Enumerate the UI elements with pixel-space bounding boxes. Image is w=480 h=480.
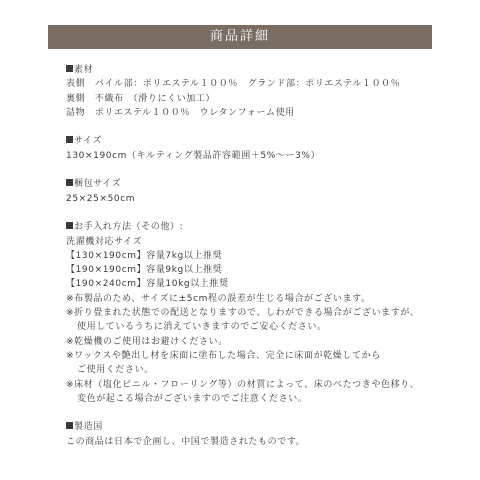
product-details: 素材 表側 パイル部：ポリエステル１００％ グランド部：ポリエステル１００％ 裏… [66, 63, 446, 449]
material-line: 裏側 不織布 （滑りにくい加工） [66, 92, 446, 106]
material-line: 詰物 ポリエステル１００％ ウレタンフォーム使用 [66, 106, 446, 120]
package-size-line: 25×25×50cm [66, 192, 446, 206]
size-heading: サイズ [66, 134, 446, 148]
material-heading: 素材 [66, 63, 446, 77]
care-line: 【190×190cm】容量9kg以上推奨 [66, 263, 446, 277]
care-line: 【130×190cm】容量7kg以上推奨 [66, 249, 446, 263]
section-header: 商品詳細 [48, 25, 432, 49]
package-size-heading: 梱包サイズ [66, 177, 446, 191]
square-bullet-icon [66, 222, 73, 229]
origin-line: この商品は日本で企画し、中国で製造されたものです。 [66, 435, 446, 449]
care-heading: お手入れ方法（その他）: [66, 220, 446, 234]
square-bullet-icon [66, 136, 73, 143]
care-line: 洗濯機対応サイズ [66, 235, 446, 249]
material-line: 表側 パイル部：ポリエステル１００％ グランド部：ポリエステル１００％ [66, 77, 446, 91]
square-bullet-icon [66, 422, 73, 429]
size-line: 130×190cm（キルティング製品許容範囲＋5%〜ー3%） [66, 149, 446, 163]
header-title: 商品詳細 [210, 29, 270, 44]
square-bullet-icon [66, 179, 73, 186]
care-line: 使用しているうちに消えていきますのでご安心ください。 [66, 320, 446, 334]
care-line: 【190×240cm】容量10kg以上推奨 [66, 277, 446, 291]
care-line: ※折り畳まれた状態での配送となりますので、しわができる場合がございますが、 [66, 306, 446, 320]
care-line: ※乾燥機のご使用はお避けください。 [66, 335, 446, 349]
care-line: ※ワックスや艶出し材を床面に塗布した場合、完全に床面が乾燥してから [66, 349, 446, 363]
care-line: ※床材（塩化ビニル・フローリング等）の材質によって、床のべたつきや色移り、 [66, 378, 446, 392]
square-bullet-icon [66, 65, 73, 72]
care-line: 変色が起こる場合がございますのでご注意ください。 [66, 392, 446, 406]
care-line: ※布製品のため、サイズに±5cm程の誤差が生じる場合がございます。 [66, 292, 446, 306]
origin-heading: 製造国 [66, 420, 446, 434]
care-line: ご使用ください。 [66, 363, 446, 377]
